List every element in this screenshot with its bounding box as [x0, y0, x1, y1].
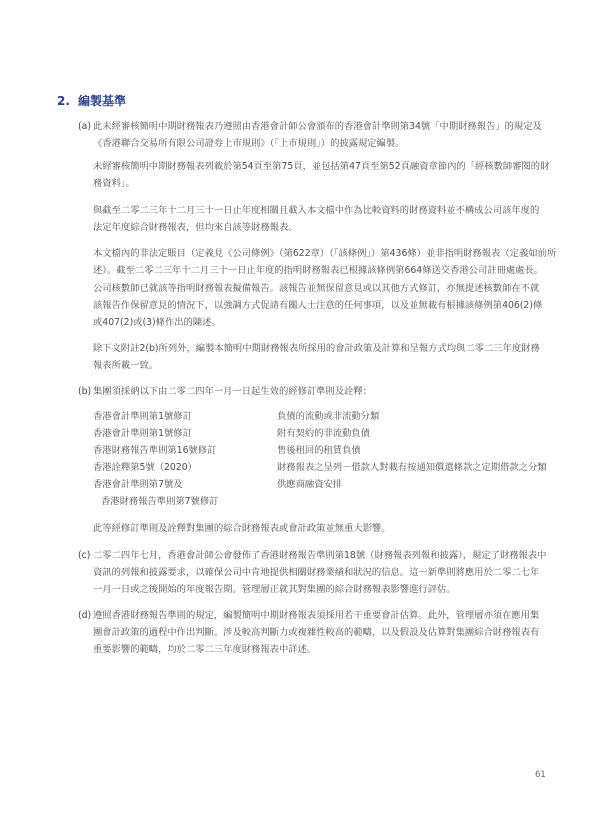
- text-line: 與截至二零二三年十二月三十一日止年度相關且載入本文檔中作為比較資料的財務資料並不…: [93, 202, 539, 219]
- standard-description: 財務報表之呈列－借款人對載有按通知償還條款之定期借款之分類: [277, 459, 547, 476]
- text-line: 一月一日或之後開始的年度報告期。管理層正就其對集團的綜合財務報表影響進行評估。: [93, 581, 456, 598]
- item-label: (c): [78, 547, 90, 564]
- text-line: 該報告作保留意見的情況下，以強調方式促請有關人士注意的任何事項，以及並無載有根據…: [93, 297, 542, 314]
- text-line: 此未經審核簡明中期財務報表乃遵照由香港會計師公會頒布的香港會計準則第34號「中期…: [93, 118, 542, 135]
- impact-note: 此等經修訂準則及詮釋對集團的綜合財務報表或會計政策並無重大影響。: [93, 520, 391, 537]
- text-line: 述）。截至二零二三年十二月三十一日止年度的指明財務報表已根據該條例第664條送交…: [93, 262, 543, 279]
- standard-name: 香港會計準則第1號修訂: [93, 425, 192, 442]
- text-line: 公司核數師已就該等指明財務報表擬備報告。該報告並無保留意見或以其他方式修訂，亦無…: [93, 280, 539, 297]
- standard-description: 附有契約的非流動負債: [277, 425, 370, 442]
- text-line: 務資料」。: [93, 175, 135, 192]
- item-label: (a): [78, 118, 91, 135]
- text-line: 法定年度綜合財務報表，但均來自該等財務報表。: [93, 219, 298, 236]
- text-line: 報表所載一致。: [93, 357, 158, 374]
- item-label: (d): [78, 607, 91, 624]
- standard-description: 供應商融資安排: [277, 476, 342, 493]
- text-line: 除下文附註2(b)所列外，編製本簡明中期財務報表所採用的會計政策及計算和呈報方式…: [93, 340, 540, 357]
- standard-description: 負債的流動或非流動分類: [277, 408, 379, 425]
- text-line: 《香港聯合交易所有限公司證券上市規則》（「上市規則」）的披露規定編製。: [93, 135, 404, 152]
- text-line: 二零二四年七月，香港會計師公會發佈了香港財務報告準則第18號（財務報表列報和披露…: [93, 547, 546, 564]
- text-line: 重要影響的範疇，均於二零二三年度財務報表中詳述。: [93, 641, 316, 658]
- text-line: 未經審核簡明中期財務報表列載於第54頁至第75頁，並包括第47頁至第52頁融資章…: [93, 158, 549, 175]
- text-line: 團會計政策的過程中作出判斷。涉及較高判斷力或複雜性較高的範疇，以及假設及估算對集…: [93, 624, 539, 641]
- section-title: 編製基準: [78, 93, 126, 109]
- page-number: 61: [535, 769, 546, 781]
- text-line: 本文檔內的非法定賬目（定義見《公司條例》（第622章）（「該條例」）第436條）…: [93, 245, 556, 262]
- section-number: 2.: [57, 93, 70, 109]
- standard-description: 售後租回的租賃負債: [277, 442, 361, 459]
- standard-name: 香港財務報告準則第16號修訂: [93, 442, 216, 459]
- intro-text: 集團須採納以下由二零二四年一月一日起生效的經修訂準則及詮釋：: [93, 383, 372, 400]
- standard-name: 香港詮釋第5號（2020）: [93, 459, 197, 476]
- standard-name-continued: 香港財務報告準則第7號修訂: [101, 493, 218, 510]
- text-line: 資訊的列報和披露要求，以確保公司中肯地提供相關財務業績和狀況的信息。這一新準則將…: [93, 564, 539, 581]
- text-line: 或407(2)或(3)條作出的陳述。: [93, 314, 221, 331]
- standard-name: 香港會計準則第1號修訂: [93, 408, 192, 425]
- standard-name: 香港會計準則第7號及: [93, 476, 183, 493]
- item-label: (b): [78, 383, 91, 400]
- text-line: 遵照香港財務報告準則的規定，編製簡明中期財務報表須採用若干重要會計估算。此外，管…: [93, 607, 539, 624]
